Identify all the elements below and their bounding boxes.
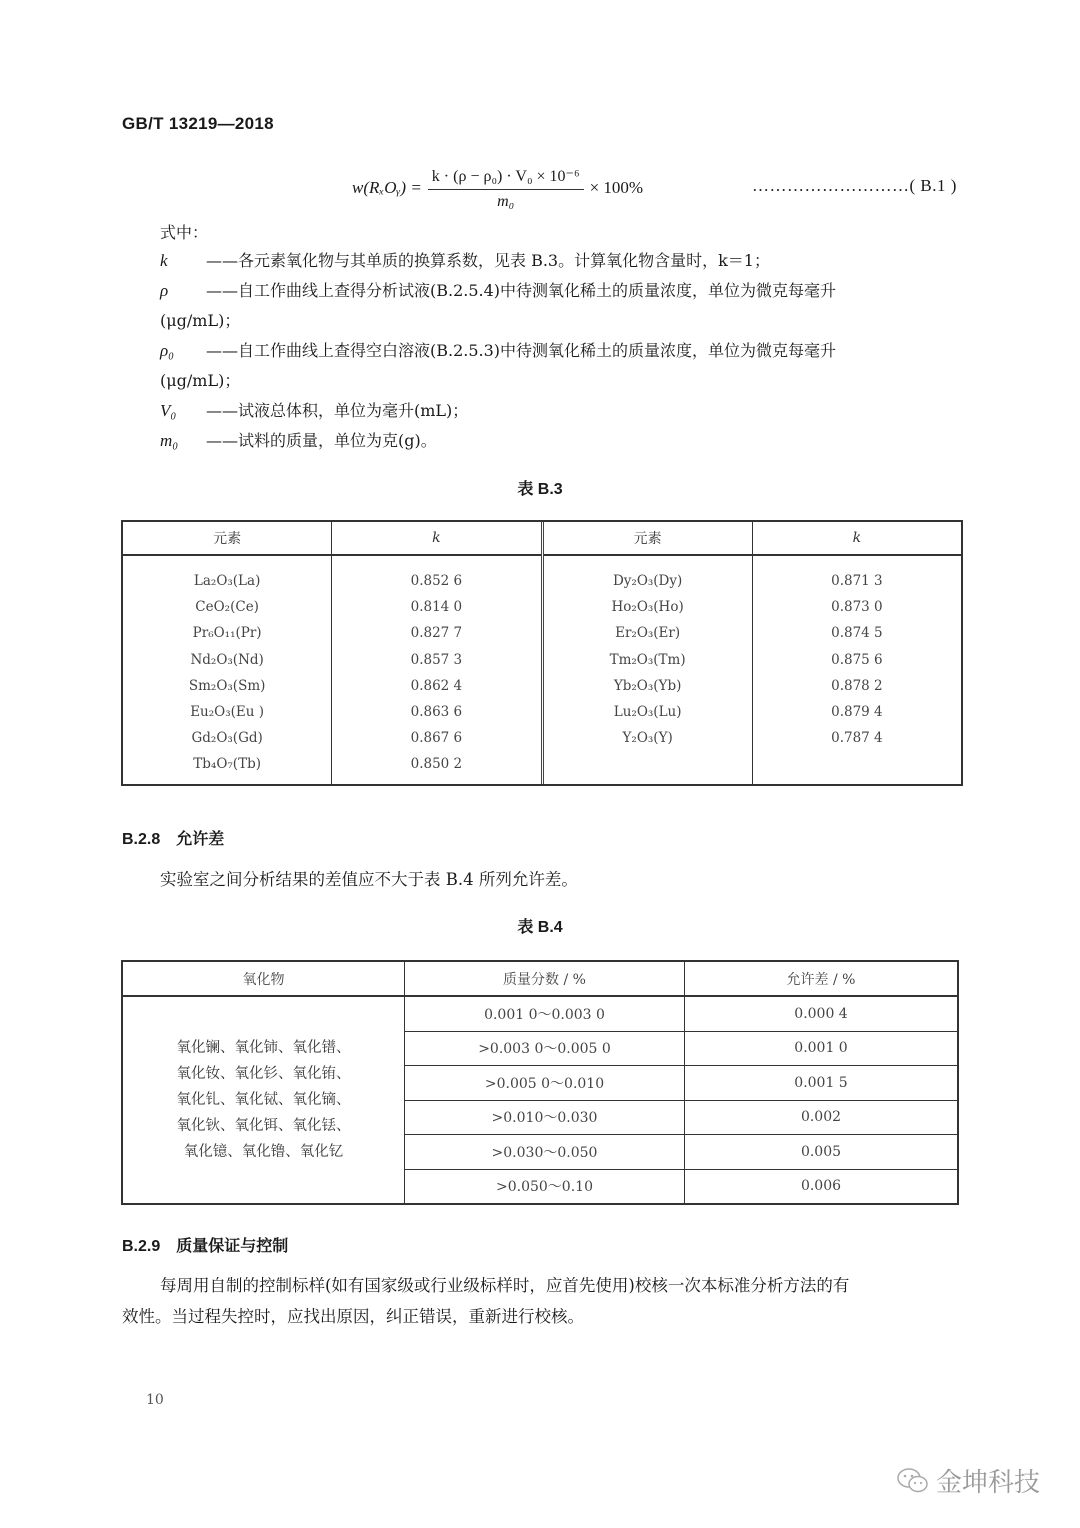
range-cell: >0.003 0～0.005 0: [405, 1031, 685, 1066]
table-b3-left-half: 元素 k La₂O₃(La) CeO₂(Ce) Pr₆O₁₁(Pr) Nd₂O₃…: [123, 522, 544, 784]
page-number: 10: [146, 1392, 164, 1408]
definition-rho0: ρ₀ ——自工作曲线上查得空白溶液(B.2.5.3)中待测氧化稀土的质量浓度，单…: [160, 336, 960, 366]
formula-denominator: m₀: [497, 190, 514, 211]
table-cell: Nd₂O₃(Nd): [123, 647, 331, 673]
definition-v0: V₀ ——试液总体积，单位为毫升(mL)；: [160, 396, 960, 426]
range-cell: >0.010～0.030: [405, 1100, 685, 1135]
definition-k: k ——各元素氧化物与其单质的换算系数，见表 B.3。计算氧化物含量时，k＝1；: [160, 246, 960, 276]
header-oxide: 氧化物: [122, 961, 405, 996]
symbol: V₀: [160, 396, 206, 426]
table-cell: 0.871 3: [753, 568, 961, 594]
oxides-line: 氧化钬、氧化铒、氧化铥、: [124, 1113, 403, 1139]
table-header: 元素 k: [544, 522, 962, 556]
wechat-icon: [896, 1467, 930, 1495]
table-cell: La₂O₃(La): [123, 568, 331, 594]
definition-text: ——各元素氧化物与其单质的换算系数，见表 B.3。计算氧化物含量时，k＝1；: [206, 246, 960, 276]
formula-fraction: k · (ρ − ρ₀) · V₀ × 10⁻⁶ m₀: [428, 166, 584, 211]
table-cell: 0.857 3: [332, 647, 540, 673]
section-b29-title: B.2.9 质量保证与控制: [122, 1233, 288, 1256]
table-cell: 0.814 0: [332, 594, 540, 620]
section-b28-title: B.2.8 允许差: [122, 826, 224, 849]
table-cell: 0.875 6: [753, 647, 961, 673]
oxides-line: 氧化镱、氧化镥、氧化钇: [124, 1139, 403, 1165]
table-body: Dy₂O₃(Dy) Ho₂O₃(Ho) Er₂O₃(Er) Tm₂O₃(Tm) …: [544, 556, 962, 784]
range-cell: >0.050～0.10: [405, 1169, 685, 1204]
table-cell: Yb₂O₃(Yb): [544, 673, 752, 699]
table-cell: 0.852 6: [332, 568, 540, 594]
table-cell: Eu₂O₃(Eu ): [123, 699, 331, 725]
definition-m0: m₀ ——试料的质量，单位为克(g)。: [160, 426, 960, 456]
range-cell: 0.001 0～0.003 0: [405, 996, 685, 1031]
range-cell: >0.005 0～0.010: [405, 1066, 685, 1101]
section-b29-line2: 效性。当过程失控时，应找出原因，纠正错误，重新进行校核。: [122, 1301, 584, 1332]
watermark-text: 金坤科技: [936, 1462, 1040, 1499]
header-mass-fraction: 质量分数 / %: [405, 961, 685, 996]
table-header: 元素 k: [123, 522, 541, 556]
table-cell: 0.827 7: [332, 620, 540, 646]
table-cell: Er₂O₃(Er): [544, 620, 752, 646]
k-column: 0.852 6 0.814 0 0.827 7 0.857 3 0.862 4 …: [332, 556, 540, 784]
watermark: 金坤科技: [896, 1462, 1040, 1499]
tolerance-cell: 0.001 5: [685, 1066, 959, 1101]
range-cell: >0.030～0.050: [405, 1135, 685, 1170]
definition-text: ——自工作曲线上查得分析试液(B.2.5.4)中待测氧化稀土的质量浓度，单位为微…: [206, 276, 960, 306]
table-cell: Dy₂O₃(Dy): [544, 568, 752, 594]
oxides-cell: 氧化镧、氧化铈、氧化镨、 氧化钕、氧化钐、氧化铕、 氧化钆、氧化铽、氧化镝、 氧…: [122, 996, 405, 1204]
table-cell: Tm₂O₃(Tm): [544, 647, 752, 673]
table-cell: 0.850 2: [332, 751, 540, 777]
element-column: La₂O₃(La) CeO₂(Ce) Pr₆O₁₁(Pr) Nd₂O₃(Nd) …: [123, 556, 332, 784]
table-b4-caption: 表 B.4: [0, 914, 1080, 937]
table-cell: 0.873 0: [753, 594, 961, 620]
table-cell: 0.878 2: [753, 673, 961, 699]
k-column: 0.871 3 0.873 0 0.874 5 0.875 6 0.878 2 …: [753, 556, 961, 784]
table-b4: 氧化物 质量分数 / % 允许差 / % 氧化镧、氧化铈、氧化镨、 氧化钕、氧化…: [121, 960, 959, 1205]
equation-number: ………………………( B.1 ): [752, 176, 957, 196]
table-cell: 0.862 4: [332, 673, 540, 699]
table-b3-right-half: 元素 k Dy₂O₃(Dy) Ho₂O₃(Ho) Er₂O₃(Er) Tm₂O₃…: [544, 522, 962, 784]
section-b29-line1: 每周用自制的控制标样(如有国家级或行业级标样时，应首先使用)校核一次本标准分析方…: [160, 1270, 849, 1301]
header-tolerance: 允许差 / %: [685, 961, 959, 996]
table-b3-caption: 表 B.3: [0, 476, 1080, 499]
table-body: La₂O₃(La) CeO₂(Ce) Pr₆O₁₁(Pr) Nd₂O₃(Nd) …: [123, 556, 541, 784]
formula-numerator: k · (ρ − ρ₀) · V₀ × 10⁻⁶: [428, 166, 584, 190]
symbol: ρ: [160, 276, 206, 306]
table-cell: 0.867 6: [332, 725, 540, 751]
table-cell: 0.863 6: [332, 699, 540, 725]
oxides-line: 氧化钕、氧化钐、氧化铕、: [124, 1061, 403, 1087]
header-k: k: [332, 522, 540, 554]
table-header-row: 氧化物 质量分数 / % 允许差 / %: [122, 961, 958, 996]
header-element: 元素: [544, 522, 753, 554]
table-cell: CeO₂(Ce): [123, 594, 331, 620]
definition-text: ——试液总体积，单位为毫升(mL)；: [206, 396, 960, 426]
header-element: 元素: [123, 522, 332, 554]
symbol: ρ₀: [160, 336, 206, 366]
standard-code: GB/T 13219—2018: [122, 114, 274, 134]
definitions-intro: 式中：: [160, 220, 208, 243]
tolerance-cell: 0.006: [685, 1169, 959, 1204]
table-cell: Pr₆O₁₁(Pr): [123, 620, 331, 646]
definition-text: ——自工作曲线上查得空白溶液(B.2.5.3)中待测氧化稀土的质量浓度，单位为微…: [206, 336, 960, 366]
table-cell: Tb₄O₇(Tb): [123, 751, 331, 777]
element-column: Dy₂O₃(Dy) Ho₂O₃(Ho) Er₂O₃(Er) Tm₂O₃(Tm) …: [544, 556, 753, 784]
definition-rho-unit: (μg/mL)；: [160, 306, 960, 336]
symbol: m₀: [160, 426, 206, 456]
definition-text: ——试料的质量，单位为克(g)。: [206, 426, 960, 456]
symbol: k: [160, 246, 206, 276]
table-cell: 0.874 5: [753, 620, 961, 646]
formula-b1: w(RₓOᵧ) = k · (ρ − ρ₀) · V₀ × 10⁻⁶ m₀ × …: [352, 162, 643, 214]
definition-rho: ρ ——自工作曲线上查得分析试液(B.2.5.4)中待测氧化稀土的质量浓度，单位…: [160, 276, 960, 306]
table-cell: Ho₂O₃(Ho): [544, 594, 752, 620]
table-row: 氧化镧、氧化铈、氧化镨、 氧化钕、氧化钐、氧化铕、 氧化钆、氧化铽、氧化镝、 氧…: [122, 996, 958, 1031]
table-cell: 0.879 4: [753, 699, 961, 725]
definition-rho0-unit: (μg/mL)；: [160, 366, 960, 396]
oxides-line: 氧化镧、氧化铈、氧化镨、: [124, 1035, 403, 1061]
table-cell: Lu₂O₃(Lu): [544, 699, 752, 725]
formula-tail: × 100%: [590, 178, 644, 198]
table-cell: Y₂O₃(Y): [544, 725, 752, 751]
section-b28-paragraph: 实验室之间分析结果的差值应不大于表 B.4 所列允许差。: [160, 864, 578, 895]
table-cell: Sm₂O₃(Sm): [123, 673, 331, 699]
tolerance-cell: 0.001 0: [685, 1031, 959, 1066]
table-b3: 元素 k La₂O₃(La) CeO₂(Ce) Pr₆O₁₁(Pr) Nd₂O₃…: [121, 520, 963, 786]
tolerance-cell: 0.000 4: [685, 996, 959, 1031]
tolerance-cell: 0.002: [685, 1100, 959, 1135]
table-cell: 0.787 4: [753, 725, 961, 751]
header-k: k: [753, 522, 961, 554]
tolerance-cell: 0.005: [685, 1135, 959, 1170]
definitions-list: k ——各元素氧化物与其单质的换算系数，见表 B.3。计算氧化物含量时，k＝1；…: [160, 246, 960, 456]
formula-lhs: w(RₓOᵧ) =: [352, 178, 422, 198]
table-cell: Gd₂O₃(Gd): [123, 725, 331, 751]
oxides-line: 氧化钆、氧化铽、氧化镝、: [124, 1087, 403, 1113]
